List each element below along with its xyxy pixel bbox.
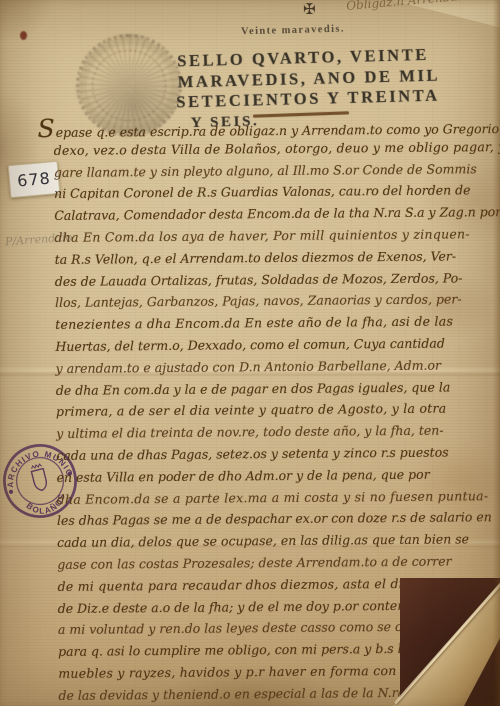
maravedis-inscription: Veinte maravedis. [241,24,345,38]
ink-spot [20,31,27,40]
manuscript-line: cada una de dhas Pagas, setez.os y seten… [56,441,496,467]
document-scan: ✠ Obligaz.n Arrendam.to Veinte maravedis… [0,0,500,706]
folded-corner-shadow [464,638,500,706]
archive-number-label: 678 [8,161,61,198]
archive-stamp-crown [31,464,42,469]
archive-stamp-crest [31,469,48,492]
cross-mark-icon: ✠ [303,0,316,18]
archive-stamp-dot [8,489,13,494]
manuscript-line: y arendam.to e ajustado con D.n Antonio … [56,354,496,380]
